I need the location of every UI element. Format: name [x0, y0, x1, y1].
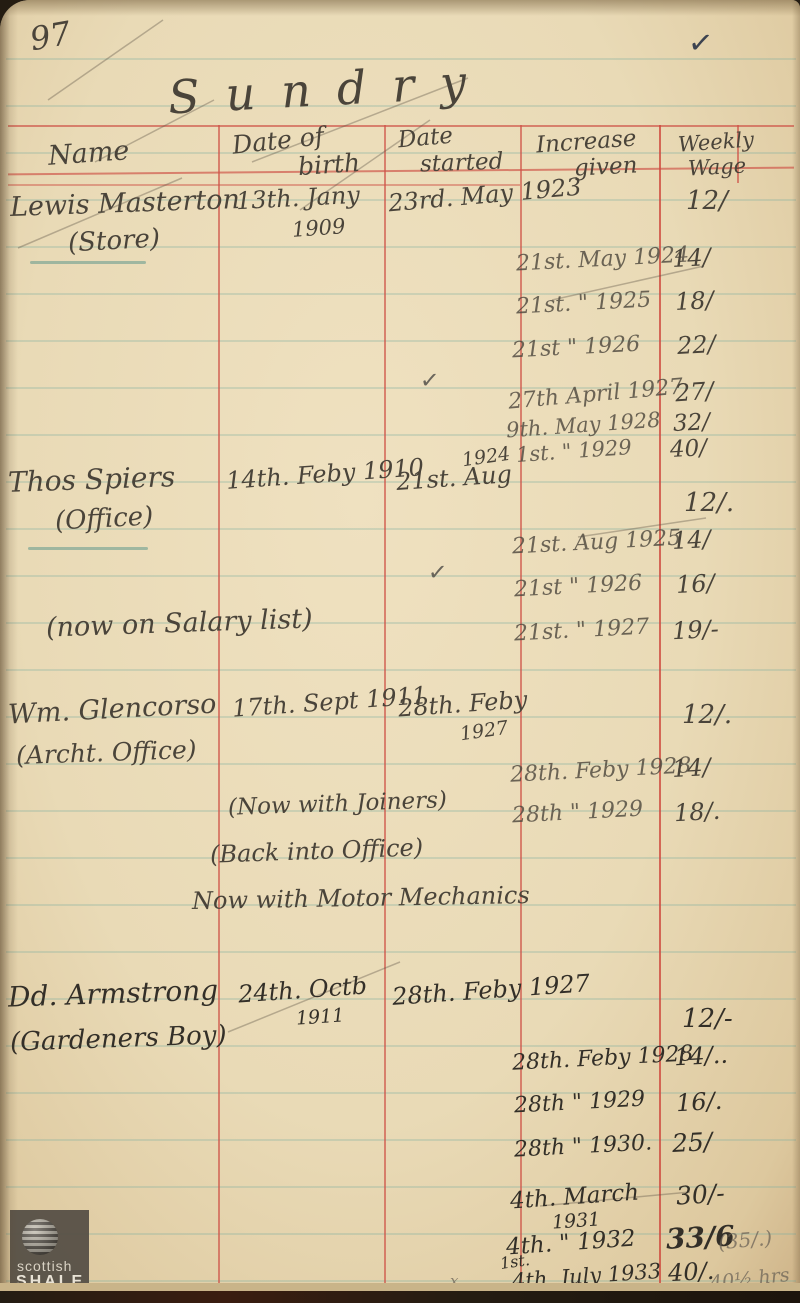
increase-date: 28th. Feby 1928 — [510, 755, 692, 786]
increase-date: 9th. May 1928 — [505, 410, 661, 442]
header-started-line1: Date — [397, 125, 454, 153]
teal-underline-1 — [30, 261, 146, 264]
book-edge-right — [792, 0, 800, 1303]
header-wage-line2: Wage — [687, 155, 746, 179]
entry-note: (now on Salary list) — [46, 605, 313, 641]
increase-amount: 25/ — [671, 1129, 712, 1156]
increase-amount: 40/ — [669, 437, 707, 462]
increase-date: 21st. Aug 1925 — [512, 528, 682, 559]
increase-date: 1st. " 1929 — [515, 437, 632, 466]
book-edge-bottom — [0, 1291, 800, 1303]
entry-dob: 13th. Jany — [235, 183, 360, 213]
increase-amount: 14/ — [671, 527, 711, 553]
header-started-line2: started — [420, 151, 504, 177]
entry-started: 23rd. May 1923 — [387, 175, 582, 216]
increase-date: 4th. March — [509, 1182, 640, 1214]
teal-underline-2 — [28, 547, 148, 550]
entry-role: (Archt. Office) — [16, 737, 197, 768]
ledger-page: 97 ✓ Sundry Name Date of birth Date star… — [0, 0, 800, 1303]
increase-date: 28th " 1929 — [512, 799, 644, 828]
book-edge-left — [0, 0, 18, 1303]
checkmark-top: ✓ — [686, 25, 715, 62]
entry-name: Dd. Armstrong — [8, 976, 219, 1011]
checkmark-2: ✓ — [427, 559, 448, 586]
entry-dob-year: 1911 — [295, 1006, 345, 1028]
increase-date: 28th " 1930. — [514, 1132, 653, 1161]
entry-note: (Back into Office) — [210, 835, 424, 866]
increase-amount: 30/- — [675, 1180, 725, 1208]
increase-date: 28th " 1929 — [514, 1089, 646, 1118]
increase-amount: 19/- — [671, 617, 719, 643]
increase-amount: 40/. — [667, 1259, 714, 1285]
increase-amount: 32/ — [672, 411, 710, 436]
increase-amount: 16/ — [675, 571, 715, 597]
entry-name: Wm. Glencorso — [7, 691, 217, 729]
increase-amount: 27/ — [674, 379, 714, 406]
header-dob-line2: birth — [297, 150, 361, 179]
entry-role: (Store) — [67, 226, 160, 257]
entry-started-year: 1927 — [459, 719, 510, 745]
header-wage-line1: Weekly — [677, 129, 754, 155]
entry-wage: 12/- — [682, 1006, 733, 1032]
increase-date: 21st. " 1927 — [514, 616, 650, 645]
entry-wage: 12/. — [684, 490, 734, 516]
column-line-4 — [659, 125, 661, 1285]
increase-date: 21st " 1926 — [512, 334, 641, 363]
entry-role: (Office) — [54, 503, 154, 534]
increase-date: 21st " 1926 — [514, 573, 643, 602]
entry-note: Now with Motor Mechanics — [192, 883, 530, 913]
book-edge-top — [0, 0, 800, 16]
increase-amount: 18/ — [674, 288, 714, 314]
entry-dob: 24th. Octb — [237, 974, 367, 1007]
watermark-text-scottish: scottish — [17, 1258, 72, 1274]
increase-date: 21st. May 1924 — [516, 244, 690, 275]
increase-date: 28th. Feby 1928 — [512, 1043, 694, 1074]
increase-date: 21st. " 1925 — [516, 289, 652, 318]
increase-amount: 18/. — [673, 799, 720, 825]
entry-wage: 12/. — [682, 702, 732, 728]
header-name: Name — [47, 137, 130, 170]
increase-amount: 14/.. — [673, 1043, 728, 1070]
entry-started: 28th. Feby 1927 — [391, 971, 590, 1009]
entry-name: Lewis Masterton — [10, 186, 241, 221]
checkmark-1: ✓ — [419, 367, 440, 394]
header-increase-line2: given — [573, 154, 638, 180]
page-number: 97 — [28, 17, 74, 56]
column-line-1 — [218, 125, 220, 1285]
pencil-annotation: (35/.) — [717, 1228, 773, 1253]
increase-amount: 22/ — [676, 332, 716, 358]
globe-icon — [22, 1219, 58, 1255]
entry-role: (Gardeners Boy) — [10, 1022, 227, 1056]
entry-started: 28th. Feby — [397, 688, 528, 721]
entry-dob-year: 1909 — [291, 216, 346, 241]
increase-amount: 16/. — [675, 1089, 722, 1115]
increase-amount: 14/ — [671, 245, 711, 271]
entry-note: (Now with Joiners) — [228, 789, 448, 820]
entry-name: Thos Spiers — [8, 463, 176, 497]
entry-wage: 12/ — [686, 188, 728, 214]
ledger-title: Sundry — [167, 58, 493, 121]
table-line-header-a — [8, 167, 794, 176]
increase-amount: 14/ — [671, 755, 711, 781]
